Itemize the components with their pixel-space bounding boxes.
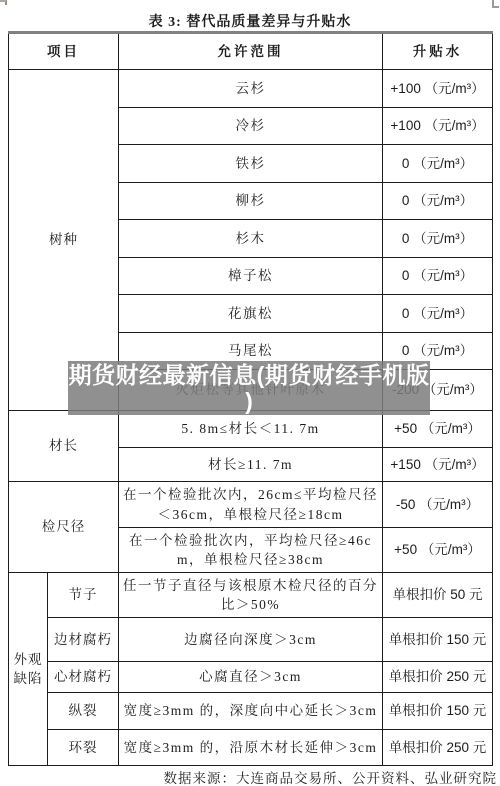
column-header-item: 项目	[9, 33, 119, 70]
section-label-diameter: 检尺径	[9, 482, 119, 573]
table-row: 检尺径 在一个检验批次内，26cm≤平均检尺径＜36cm，单根检尺径≥18cm …	[9, 482, 493, 528]
table-row: 环裂 宽度≥3mm 的，沿原木材长延伸＞3cm 单根扣价 250 元	[9, 730, 493, 766]
range-cell: 在一个检验批次内，26cm≤平均检尺径＜36cm，单根检尺径≥18cm	[119, 482, 383, 528]
range-cell: 5. 8m≤材长＜11. 7m	[119, 411, 383, 448]
premium-cell: +150 （元/m³）	[383, 448, 493, 482]
premium-cell: 单根扣价 150 元	[383, 618, 493, 662]
premium-cell: 0 （元/m³）	[383, 183, 493, 220]
sub-item-label: 心材腐朽	[48, 662, 119, 693]
sub-item-label: 边材腐朽	[48, 618, 119, 662]
column-header-range: 允许范围	[119, 33, 383, 70]
premium-cell: 0 （元/m³）	[383, 258, 493, 295]
table-row: 树种 云杉 +100 （元/m³）	[9, 70, 493, 108]
range-cell: 心腐直径＞3cm	[119, 662, 383, 693]
premium-cell: 0 （元/m³）	[383, 295, 493, 333]
premium-cell: +50 （元/m³）	[383, 528, 493, 573]
watermark-text-line2: )	[68, 389, 430, 413]
premium-cell: 单根扣价 50 元	[383, 573, 493, 618]
range-cell: 花旗松	[119, 295, 383, 333]
sub-item-label: 纵裂	[48, 693, 119, 730]
section-label-species: 树种	[9, 70, 119, 411]
premium-cell: +100 （元/m³）	[383, 70, 493, 108]
sub-item-label: 环裂	[48, 730, 119, 766]
table-row: 外观缺陷 节子 任一节子直径与该根原木检尺径的百分比＞50% 单根扣价 50 元	[9, 573, 493, 618]
range-cell: 柳杉	[119, 183, 383, 220]
range-cell: 云杉	[119, 70, 383, 108]
premium-cell: 0 （元/m³）	[383, 145, 493, 183]
corner-mark-top-left	[0, 0, 7, 5]
range-cell: 冷杉	[119, 108, 383, 145]
range-cell: 材长≥11. 7m	[119, 448, 383, 482]
premium-cell: +50 （元/m³）	[383, 411, 493, 448]
premium-cell: -50 （元/m³）	[383, 482, 493, 528]
header-row: 项目 允许范围 升贴水	[9, 33, 493, 70]
table-row: 心材腐朽 心腐直径＞3cm 单根扣价 250 元	[9, 662, 493, 693]
range-cell: 任一节子直径与该根原木检尺径的百分比＞50%	[119, 573, 383, 618]
range-cell: 边腐径向深度＞3cm	[119, 618, 383, 662]
section-label-defects: 外观缺陷	[9, 573, 48, 766]
watermark-text-line1: 期货财经最新信息(期货财经手机版	[68, 361, 430, 389]
data-source-note: 数据来源：大连商品交易所、公开资料、弘业研究院	[164, 767, 498, 786]
table-title: 表 3: 替代品质量差异与升贴水	[0, 11, 500, 31]
section-label-length: 材长	[9, 411, 119, 482]
premium-cell: +100 （元/m³）	[383, 108, 493, 145]
column-header-premium: 升贴水	[383, 33, 493, 70]
premium-cell: 单根扣价 250 元	[383, 730, 493, 766]
sub-item-label: 节子	[48, 573, 119, 618]
document-page: 表 3: 替代品质量差异与升贴水 项目 允许范围 升贴水 树种 云杉 +100 …	[0, 0, 500, 786]
premium-cell: 单根扣价 150 元	[383, 693, 493, 730]
range-cell: 杉木	[119, 220, 383, 258]
range-cell: 宽度≥3mm 的，深度向中心延长＞3cm	[119, 693, 383, 730]
range-cell: 樟子松	[119, 258, 383, 295]
table-row: 纵裂 宽度≥3mm 的，深度向中心延长＞3cm 单根扣价 150 元	[9, 693, 493, 730]
table-row: 边材腐朽 边腐径向深度＞3cm 单根扣价 150 元	[9, 618, 493, 662]
table-row: 材长 5. 8m≤材长＜11. 7m +50 （元/m³）	[9, 411, 493, 448]
premium-cell: 单根扣价 250 元	[383, 662, 493, 693]
corner-mark-top-right	[492, 0, 499, 8]
range-cell: 在一个检验批次内，平均检尺径≥46cm，单根检尺径≥38cm	[119, 528, 383, 573]
range-cell: 宽度≥3mm 的，沿原木材长延伸＞3cm	[119, 730, 383, 766]
premium-cell: 0 （元/m³）	[383, 220, 493, 258]
range-cell: 铁杉	[119, 145, 383, 183]
watermark-overlay: 期货财经最新信息(期货财经手机版 )	[68, 361, 430, 415]
